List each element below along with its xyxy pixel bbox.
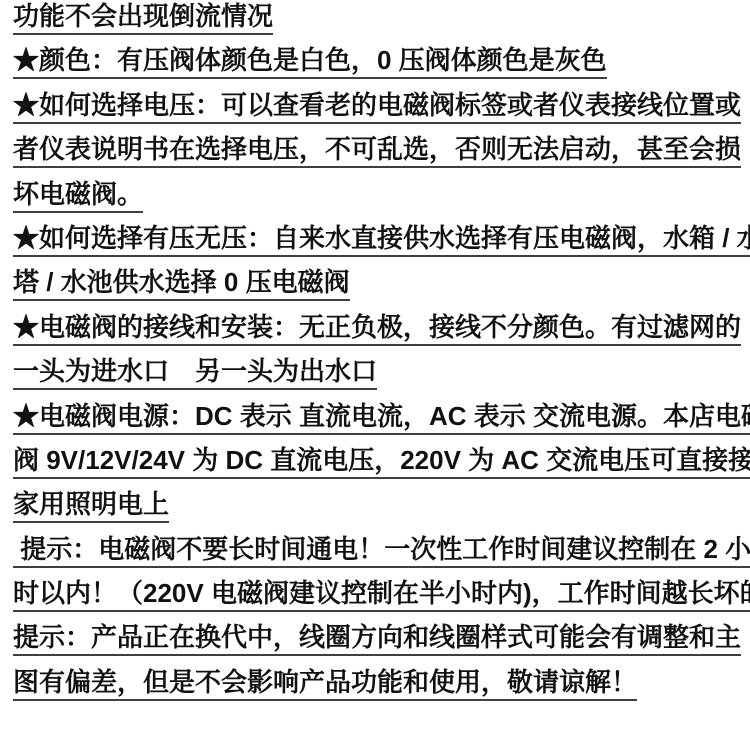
text-line: 图有偏差，但是不会影响产品功能和使用，敬请谅解！: [13, 668, 750, 712]
text-line-label: ★如何选择电压：可以查看老的电磁阀标签或者仪表接线位置或: [13, 91, 741, 124]
product-description-text: 功能不会出现倒流情况 ★颜色：有压阀体颜色是白色，0 压阀体颜色是灰色 ★如何选…: [0, 0, 750, 712]
text-line: 坏电磁阀。: [13, 180, 750, 224]
text-line-label: 功能不会出现倒流情况: [13, 2, 273, 35]
text-line-label: 者仪表说明书在选择电压，不可乱选，否则无法启动，甚至会损: [13, 135, 741, 168]
text-line-label: ★如何选择有压无压：自来水直接供水选择有压电磁阀，水箱 / 水: [13, 224, 750, 257]
text-line: 塔 / 水池供水选择 0 压电磁阀: [13, 268, 750, 312]
text-line: ★颜色：有压阀体颜色是白色，0 压阀体颜色是灰色: [13, 46, 750, 90]
text-line: ★电磁阀的接线和安装：无正负极，接线不分颜色。有过滤网的: [13, 313, 750, 357]
text-line: 阀 9V/12V/24V 为 DC 直流电压，220V 为 AC 交流电压可直接…: [13, 446, 750, 490]
text-line: 者仪表说明书在选择电压，不可乱选，否则无法启动，甚至会损: [13, 135, 750, 179]
text-line-label: ★颜色：有压阀体颜色是白色，0 压阀体颜色是灰色: [13, 46, 607, 79]
text-line: ★如何选择电压：可以查看老的电磁阀标签或者仪表接线位置或: [13, 91, 750, 135]
text-line-label: 坏电磁阀。: [13, 180, 143, 213]
text-line-label: 图有偏差，但是不会影响产品功能和使用，敬请谅解！: [13, 668, 637, 701]
text-line: ★如何选择有压无压：自来水直接供水选择有压电磁阀，水箱 / 水: [13, 224, 750, 268]
text-line-label: 一头为进水口 另一头为出水口: [13, 357, 377, 390]
text-line: 提示：电磁阀不要长时间通电！一次性工作时间建议控制在 2 小: [13, 535, 750, 579]
text-line-label: ★电磁阀电源：DC 表示 直流电流，AC 表示 交流电源。本店电磁: [13, 402, 750, 435]
text-line-label: 塔 / 水池供水选择 0 压电磁阀: [13, 268, 350, 301]
text-line-label: 提示：产品正在换代中，线圈方向和线圈样式可能会有调整和主: [13, 623, 741, 656]
text-line-label: 时以内！（220V 电磁阀建议控制在半小时内)，工作时间越长坏的: [13, 579, 750, 612]
text-line: 功能不会出现倒流情况: [13, 2, 750, 46]
text-line: 家用照明电上: [13, 490, 750, 534]
text-line: 提示：产品正在换代中，线圈方向和线圈样式可能会有调整和主: [13, 623, 750, 667]
text-line: 时以内！（220V 电磁阀建议控制在半小时内)，工作时间越长坏的: [13, 579, 750, 623]
text-line: 一头为进水口 另一头为出水口: [13, 357, 750, 401]
text-line-label: 提示：电磁阀不要长时间通电！一次性工作时间建议控制在 2 小: [13, 535, 750, 568]
text-line-label: ★电磁阀的接线和安装：无正负极，接线不分颜色。有过滤网的: [13, 313, 741, 346]
text-line-label: 阀 9V/12V/24V 为 DC 直流电压，220V 为 AC 交流电压可直接…: [13, 446, 750, 479]
text-line: ★电磁阀电源：DC 表示 直流电流，AC 表示 交流电源。本店电磁: [13, 402, 750, 446]
text-line-label: 家用照明电上: [13, 490, 169, 523]
